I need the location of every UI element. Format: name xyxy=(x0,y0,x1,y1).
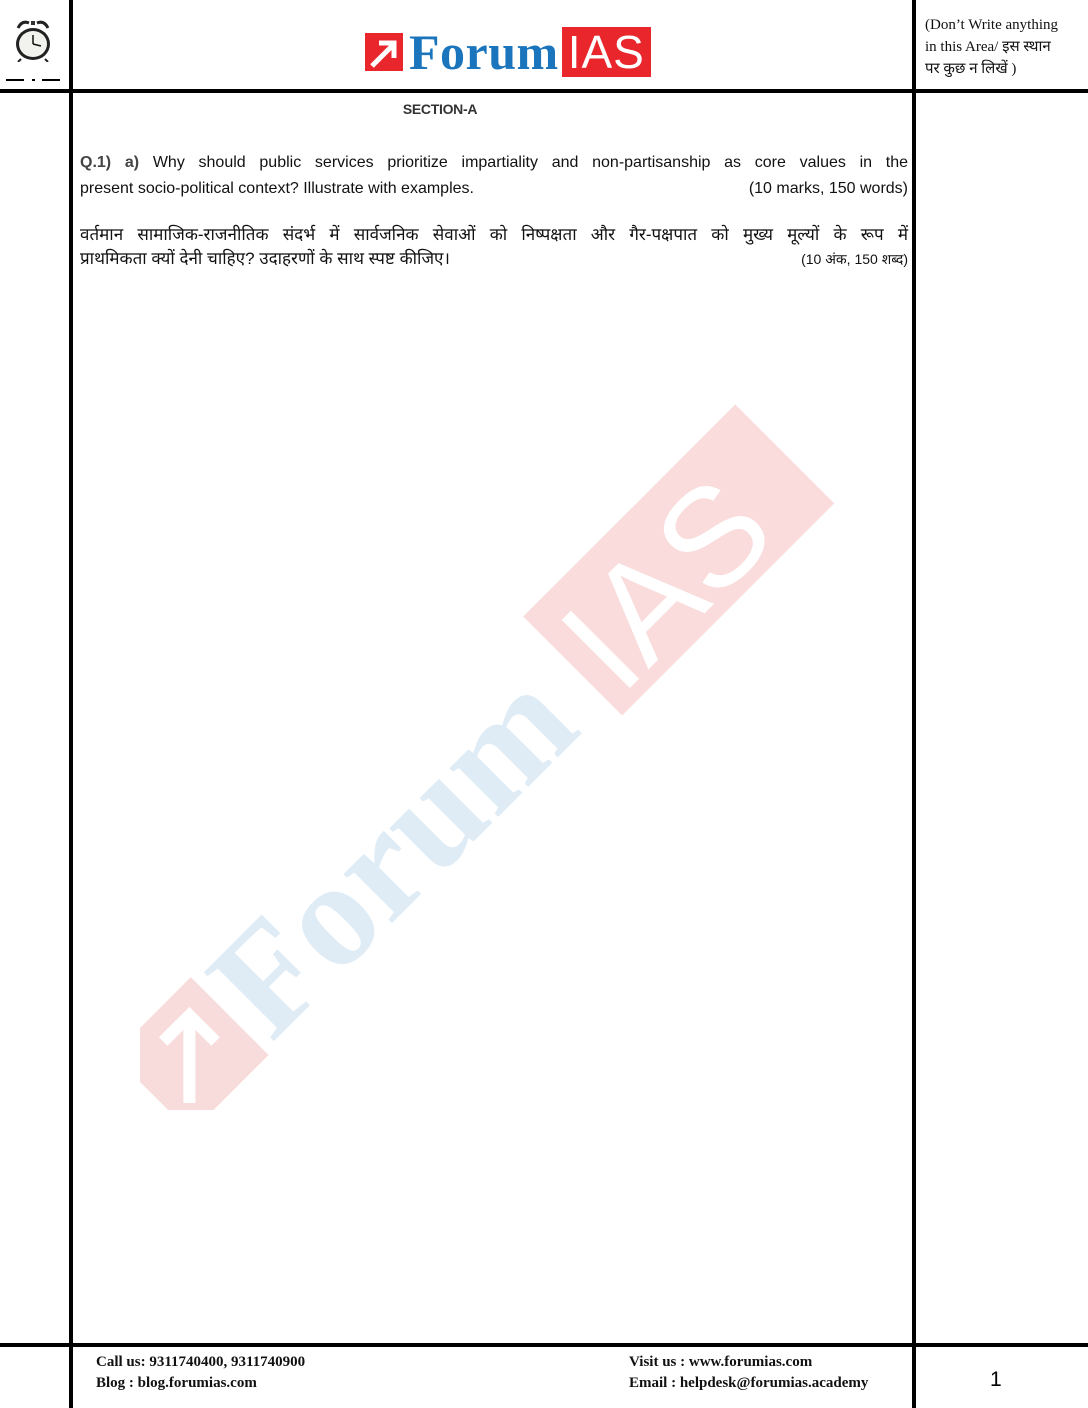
svg-text:IAS: IAS xyxy=(531,448,802,719)
logo-word: Forum xyxy=(409,27,559,77)
question-english: Q.1) a) Why should public services prior… xyxy=(80,150,908,202)
time-entry-blank xyxy=(6,79,60,82)
question-number: Q.1) a) xyxy=(80,154,139,171)
footer-contact: Call us: 9311740400, 9311740900 Blog : b… xyxy=(96,1352,305,1394)
email-link[interactable]: Email : helpdesk@forumias.academy xyxy=(629,1373,868,1394)
question-hindi: वर्तमान सामाजिक-राजनीतिक संदर्भ में सार्… xyxy=(80,223,908,271)
forumias-logo: Forum IAS xyxy=(365,27,651,77)
question-line: प्राथमिकता क्यों देनी चाहिए? उदाहरणों के… xyxy=(80,247,908,271)
question-text: Why should public services prioritize im… xyxy=(153,154,908,171)
left-margin-rule xyxy=(69,0,73,1408)
do-not-write-note: (Don’t Write anything in this Area/ इस स… xyxy=(925,14,1085,80)
question-text: वर्तमान सामाजिक-राजनीतिक संदर्भ में सार्… xyxy=(80,223,908,247)
header-rule xyxy=(0,89,1088,93)
page-number: 1 xyxy=(990,1368,1002,1392)
question-line: Q.1) a) Why should public services prior… xyxy=(80,150,908,176)
footer-rule xyxy=(0,1343,1088,1347)
question-line: present socio-political context? Illustr… xyxy=(80,176,908,202)
logo-badge: IAS xyxy=(562,27,651,77)
arrow-up-right-icon xyxy=(365,33,403,71)
svg-text:Forum: Forum xyxy=(177,637,607,1067)
marks-label: (10 marks, 150 words) xyxy=(749,176,908,202)
footer-web: Visit us : www.forumias.com Email : help… xyxy=(629,1352,868,1394)
question-text: प्राथमिकता क्यों देनी चाहिए? उदाहरणों के… xyxy=(80,247,450,271)
right-margin-rule xyxy=(912,0,916,1408)
website-link[interactable]: Visit us : www.forumias.com xyxy=(629,1352,868,1373)
note-line: in this Area/ इस स्थान xyxy=(925,36,1085,58)
blog-link[interactable]: Blog : blog.forumias.com xyxy=(96,1373,305,1394)
phone-numbers: Call us: 9311740400, 9311740900 xyxy=(96,1352,305,1373)
section-title: SECTION-A xyxy=(0,101,880,117)
alarm-clock-icon xyxy=(12,18,54,62)
note-line: (Don’t Write anything xyxy=(925,14,1085,36)
question-text: present socio-political context? Illustr… xyxy=(80,176,474,202)
note-line: पर कुछ न लिखें ) xyxy=(925,58,1085,80)
forumias-watermark: Forum IAS xyxy=(140,290,960,1110)
marks-label: (10 अंक, 150 शब्द) xyxy=(801,247,908,271)
